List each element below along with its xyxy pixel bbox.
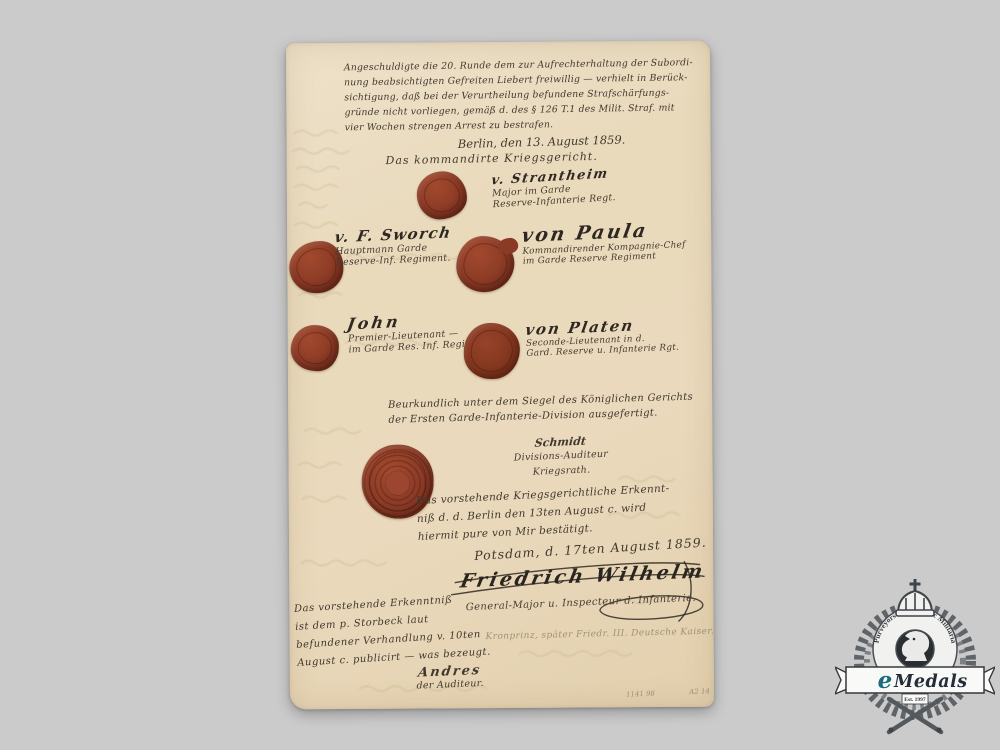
wordmark-medals: Medals <box>893 672 968 692</box>
wordmark-banner: e Medals Est. 1997 <box>835 667 995 704</box>
registrar-signature: Andres der Auditeur. <box>384 662 515 693</box>
wax-seal <box>417 171 467 219</box>
registrar-note: Das vorstehende Erkenntniß ist dem p. St… <box>294 588 513 672</box>
pencil-mark: 1141 98 <box>626 690 655 699</box>
officer-signature-3: von Paula Kommandirender Kompagnie-Chef … <box>521 218 693 267</box>
emedals-watermark-logo: Purveyors of Authentic Militaria <box>835 577 995 735</box>
pencil-mark: A2 14 <box>689 687 710 696</box>
judgment-text: Angeschuldigte die 20. Runde dem zur Auf… <box>344 56 665 136</box>
product-photo-stage: Angeschuldigte die 20. Runde dem zur Auf… <box>0 0 1000 750</box>
officer-signature-5: von Platen Seconde-Lieutenant in d. Gard… <box>525 314 701 359</box>
knight-icon <box>896 630 934 668</box>
wordmark-e: e <box>878 667 893 694</box>
auditor-signature: Schmidt Divisions-Auditeur Kriegsrath. <box>483 432 640 481</box>
wax-seal <box>291 325 339 371</box>
crown-icon <box>896 579 934 616</box>
document-page: Angeschuldigte die 20. Runde dem zur Auf… <box>286 41 714 710</box>
est-text: Est. 1997 <box>904 697 926 703</box>
